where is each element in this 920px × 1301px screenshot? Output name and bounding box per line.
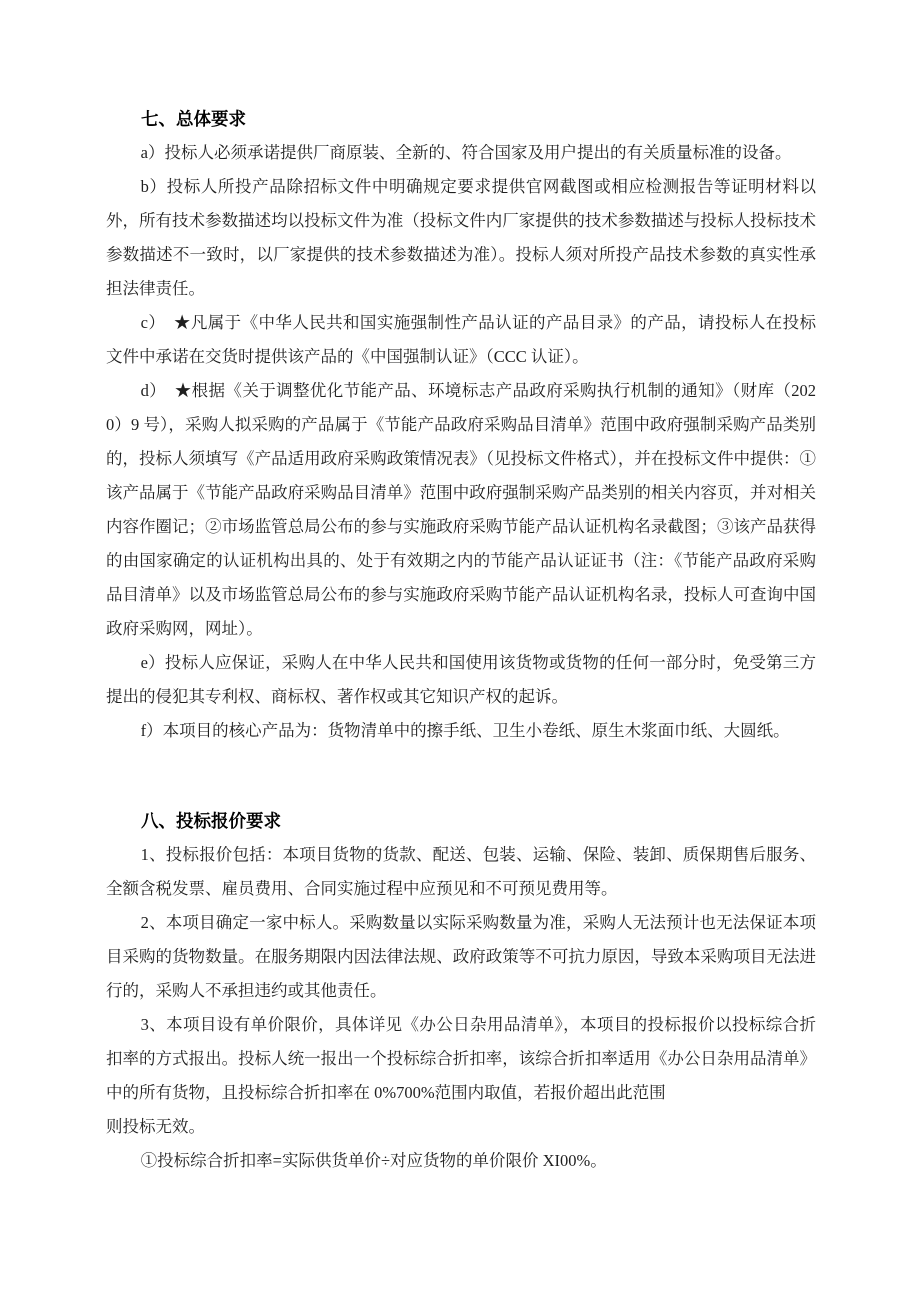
- paragraph-formula-discount-rate: ①投标综合折扣率=实际供货单价÷对应货物的单价限价 XI00%。: [106, 1144, 816, 1178]
- paragraph-item-3-continuation: 则投标无效。: [106, 1110, 816, 1144]
- paragraph-item-b: b）投标人所投产品除招标文件中明确规定要求提供官网截图或相应检测报告等证明材料以…: [106, 170, 816, 306]
- section-bid-price-requirements: 八、投标报价要求 1、投标报价包括：本项目货物的货款、配送、包装、运输、保险、装…: [106, 804, 816, 1178]
- paragraph-item-2: 2、本项目确定一家中标人。采购数量以实际采购数量为准，采购人无法预计也无法保证本…: [106, 906, 816, 1008]
- paragraph-item-d: d） ★根据《关于调整优化节能产品、环境标志产品政府采购执行机制的通知》（财库（…: [106, 374, 816, 646]
- paragraph-item-1: 1、投标报价包括：本项目货物的货款、配送、包装、运输、保险、装卸、质保期售后服务…: [106, 838, 816, 906]
- section-overall-requirements: 七、总体要求 a）投标人必须承诺提供厂商原装、全新的、符合国家及用户提出的有关质…: [106, 102, 816, 748]
- paragraph-item-a: a）投标人必须承诺提供厂商原装、全新的、符合国家及用户提出的有关质量标准的设备。: [106, 136, 816, 170]
- section-heading-bid-price-requirements: 八、投标报价要求: [106, 804, 816, 838]
- paragraph-item-3: 3、本项目设有单价限价，具体详见《办公日杂用品清单》，本项目的投标报价以投标综合…: [106, 1008, 816, 1110]
- section-heading-overall-requirements: 七、总体要求: [106, 102, 816, 136]
- document-page: 七、总体要求 a）投标人必须承诺提供厂商原装、全新的、符合国家及用户提出的有关质…: [0, 0, 920, 1301]
- paragraph-item-c: c） ★凡属于《中华人民共和国实施强制性产品认证的产品目录》的产品，请投标人在投…: [106, 306, 816, 374]
- paragraph-item-e: e）投标人应保证，采购人在中华人民共和国使用该货物或货物的任何一部分时，免受第三…: [106, 646, 816, 714]
- paragraph-item-f: f）本项目的核心产品为：货物清单中的擦手纸、卫生小卷纸、原生木浆面巾纸、大圆纸。: [106, 714, 816, 748]
